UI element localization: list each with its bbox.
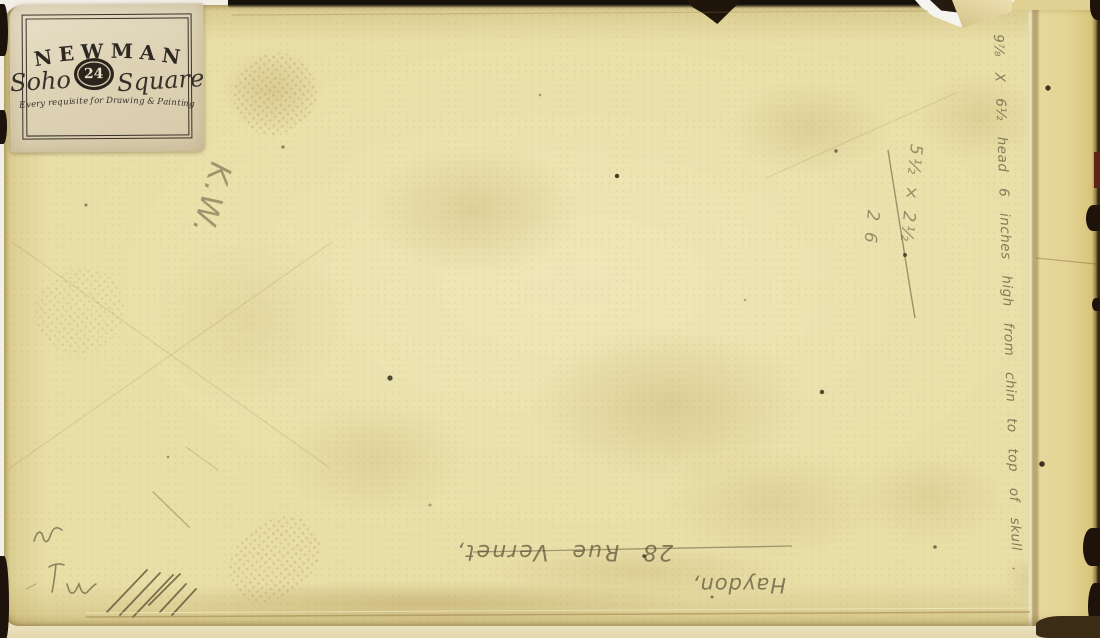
pencil-address-name: Haydon, [455,568,790,602]
label-street-left: Soho [9,66,71,98]
edge-chip [1094,152,1100,188]
edge-chip [0,4,8,56]
edge-chip [1083,528,1100,566]
stain [824,435,1034,560]
top-right-edge [1008,0,1100,10]
pencil-calculation: 5½ × 2½ 2 6 [851,138,934,251]
newman-label: NEWMAN Soho 24 Square Every requisite fo… [9,3,204,152]
label-street-row: Soho 24 Square [10,64,204,97]
label-border: NEWMAN Soho 24 Square Every requisite fo… [22,13,193,139]
edge-chip [1086,205,1100,231]
pencil-address-upside-down: Haydon, 28 Rue Vernet, [455,526,790,602]
edge-chip [1092,298,1100,311]
edge-chip [1036,616,1100,638]
pencil-calculation-line1: 5½ × 2½ [896,143,926,245]
photo-backdrop: NEWMAN Soho 24 Square Every requisite fo… [0,0,1100,638]
label-street-right: Square [116,64,205,97]
label-number-badge: 24 [74,58,114,90]
label-tagline: Every requisite for Drawing & Painting [19,99,195,110]
top-edge-shadow [228,0,930,8]
stain [114,195,384,445]
pencil-address-street: 28 Rue Vernet, [455,534,790,568]
